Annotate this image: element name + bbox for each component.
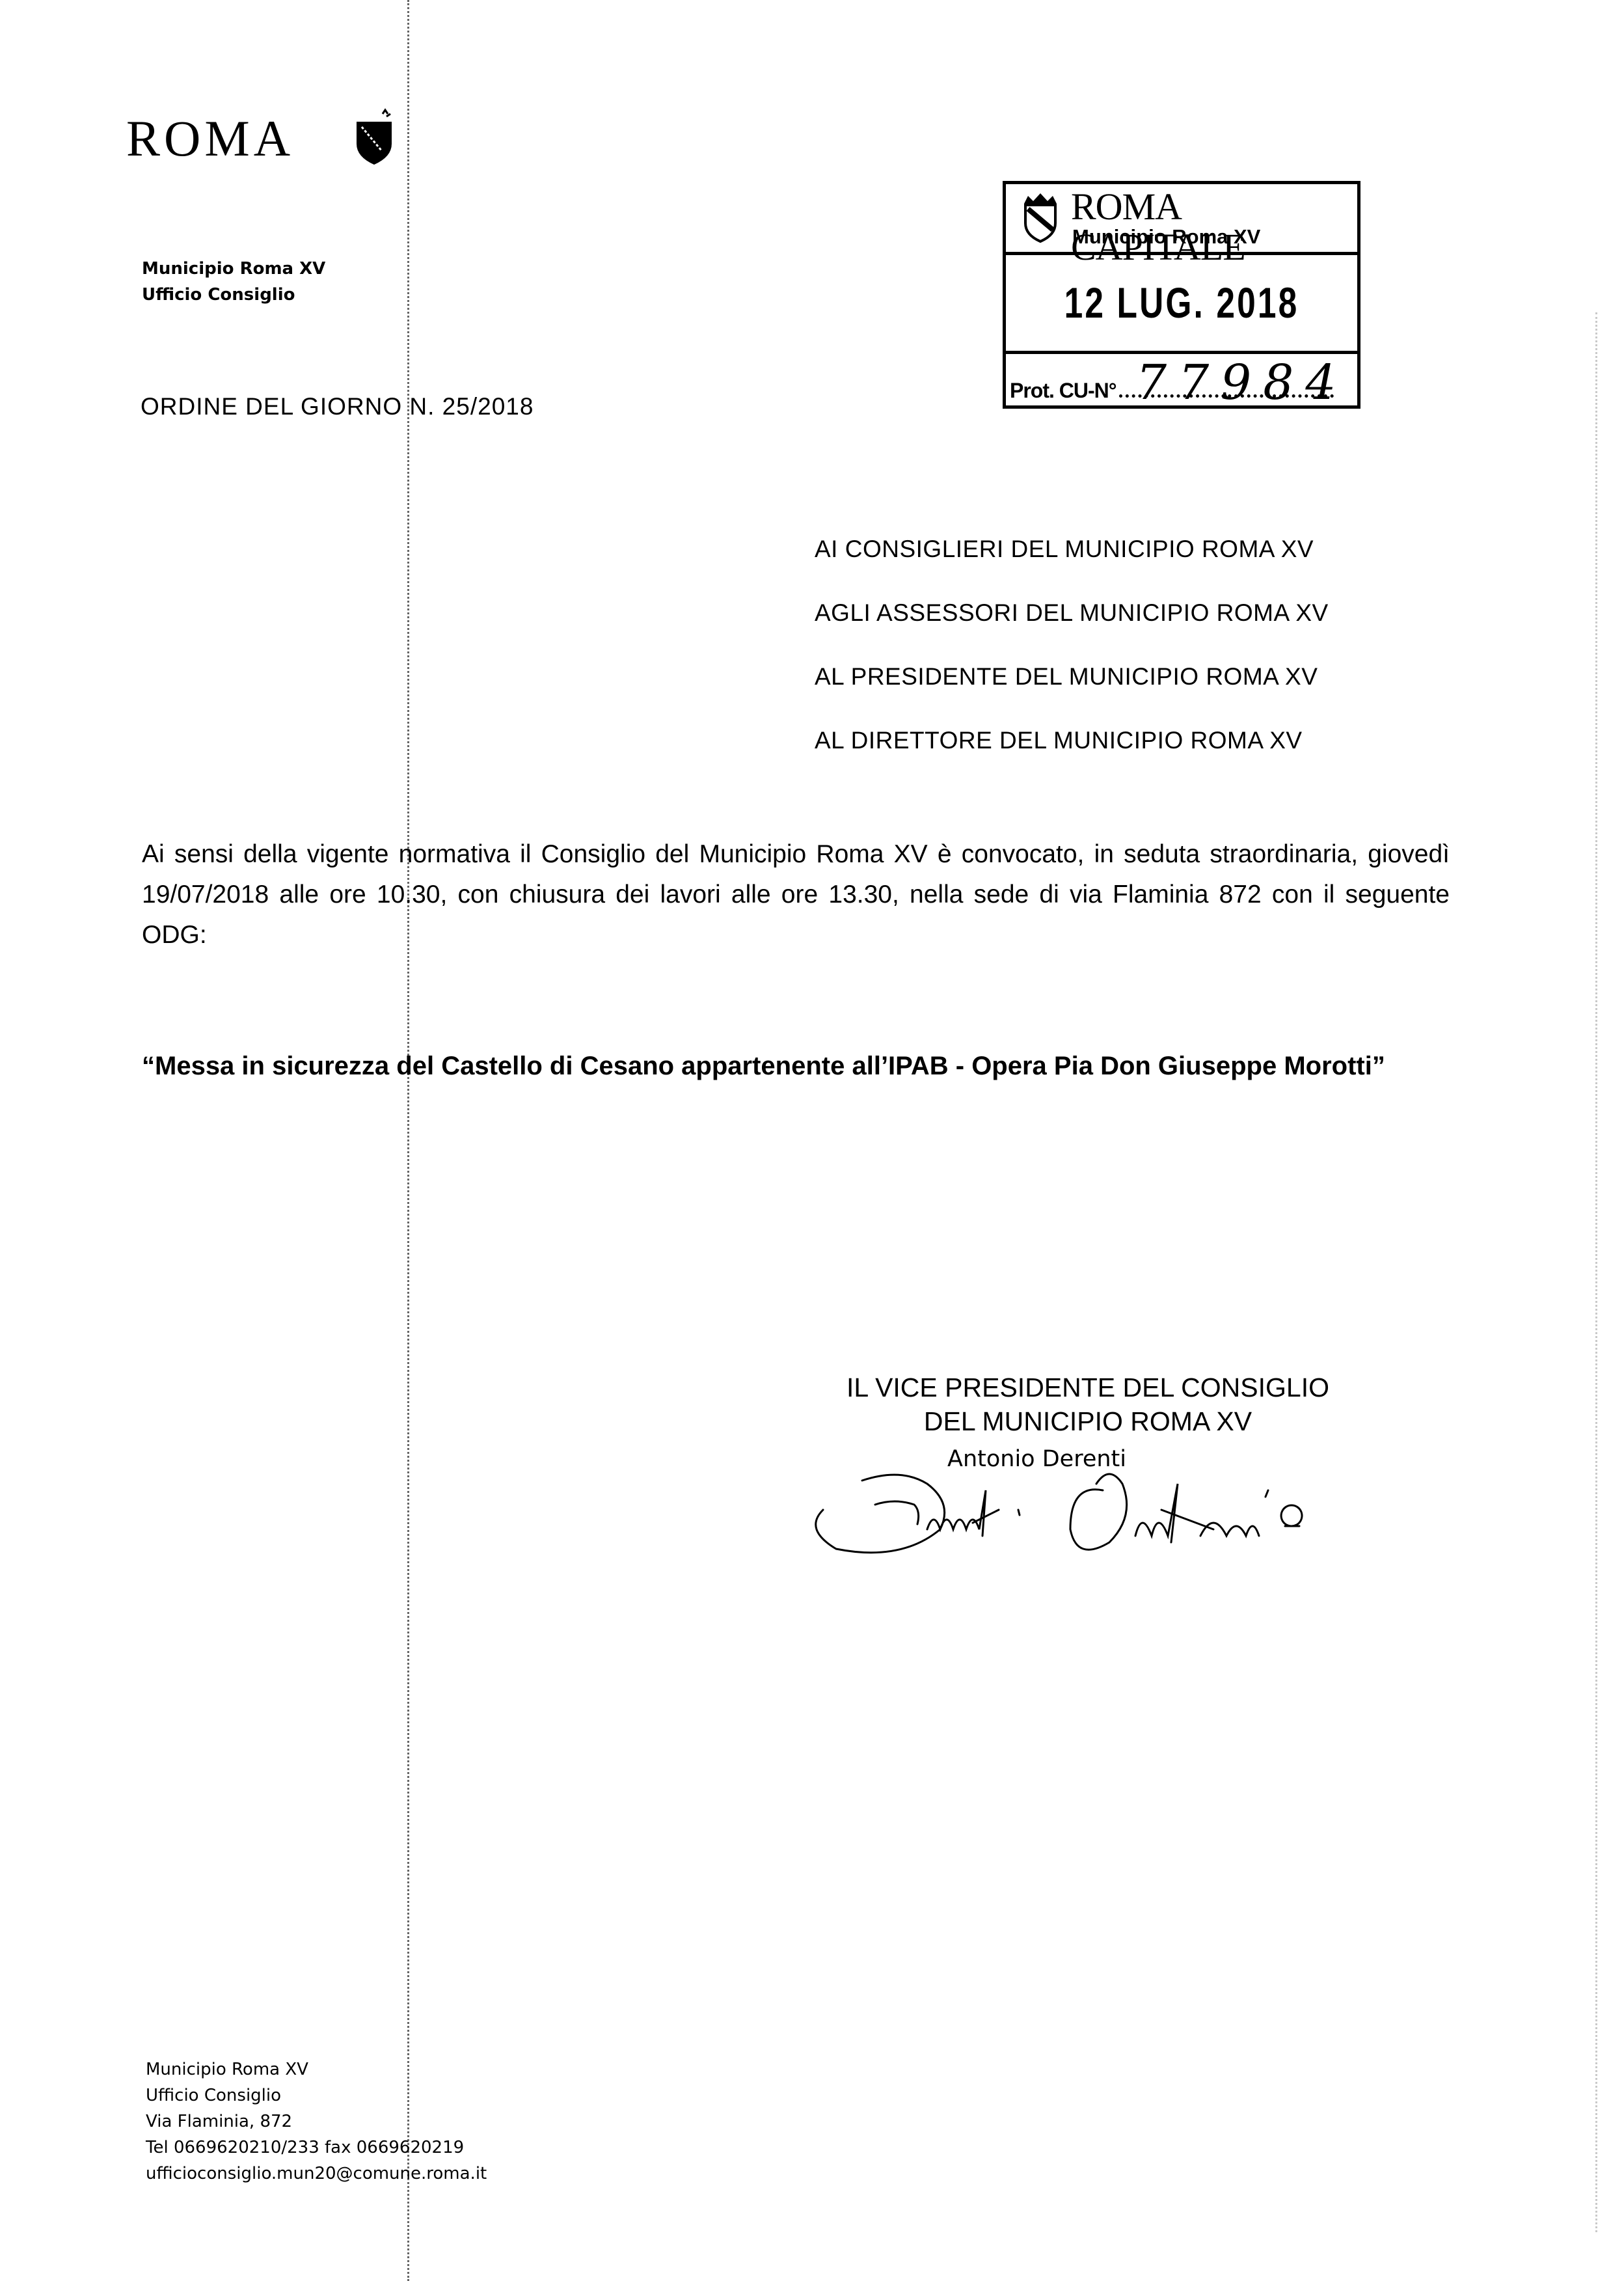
footer-email: ufficioconsiglio.mun20@comune.roma.it bbox=[146, 2161, 487, 2187]
footer-line: Tel 0669620210/233 fax 0669620219 bbox=[146, 2135, 487, 2161]
scan-margin-dots bbox=[1595, 312, 1597, 2232]
protocol-label: Prot. CU-N° bbox=[1010, 379, 1116, 402]
protocol-number: 77984 bbox=[1136, 355, 1347, 411]
office-header: Municipio Roma XV Ufficio Consiglio bbox=[142, 256, 325, 308]
recipient-item: AI CONSIGLIERI DEL MUNICIPIO ROMA XV bbox=[815, 517, 1329, 581]
scan-dotted-line bbox=[407, 0, 409, 2281]
signatory-role-line: IL VICE PRESIDENTE DEL CONSIGLIO bbox=[815, 1371, 1361, 1404]
footer-contact: Municipio Roma XV Ufficio Consiglio Via … bbox=[146, 2056, 487, 2187]
recipient-item: AL DIRETTORE DEL MUNICIPIO ROMA XV bbox=[815, 709, 1329, 772]
handwritten-signature: Derenti Antonio bbox=[797, 1464, 1448, 1562]
roma-logo-text: ROMA bbox=[126, 109, 294, 168]
recipient-item: AL PRESIDENTE DEL MUNICIPIO ROMA XV bbox=[815, 645, 1329, 709]
footer-line: Ufficio Consiglio bbox=[146, 2083, 487, 2109]
signatory-role: IL VICE PRESIDENTE DEL CONSIGLIO DEL MUN… bbox=[815, 1371, 1361, 1438]
agenda-subject: “Messa in sicurezza del Castello di Cesa… bbox=[142, 1046, 1456, 1086]
stamp-subtitle: Municipio Roma XV bbox=[1072, 226, 1260, 248]
recipient-item: AGLI ASSESSORI DEL MUNICIPIO ROMA XV bbox=[815, 581, 1329, 645]
roma-capitale-crest-icon bbox=[1022, 192, 1059, 243]
signatory-role-line: DEL MUNICIPIO ROMA XV bbox=[815, 1404, 1361, 1438]
convocation-paragraph: Ai sensi della vigente normativa il Cons… bbox=[142, 834, 1450, 955]
office-line: Ufficio Consiglio bbox=[142, 282, 325, 308]
stamp-date: 12 LUG. 2018 bbox=[1044, 278, 1318, 327]
recipients-list: AI CONSIGLIERI DEL MUNICIPIO ROMA XV AGL… bbox=[815, 517, 1329, 772]
svg-text:Derenti Antonio: Derenti Antonio bbox=[797, 1464, 802, 1465]
office-line: Municipio Roma XV bbox=[142, 256, 325, 282]
footer-line: Municipio Roma XV bbox=[146, 2056, 487, 2083]
protocol-stamp: ROMA CAPITALE Municipio Roma XV 12 LUG. … bbox=[1003, 181, 1360, 409]
roma-shield-icon bbox=[351, 107, 397, 166]
footer-line: Via Flaminia, 872 bbox=[146, 2109, 487, 2135]
document-title: ORDINE DEL GIORNO N. 25/2018 bbox=[141, 393, 534, 420]
